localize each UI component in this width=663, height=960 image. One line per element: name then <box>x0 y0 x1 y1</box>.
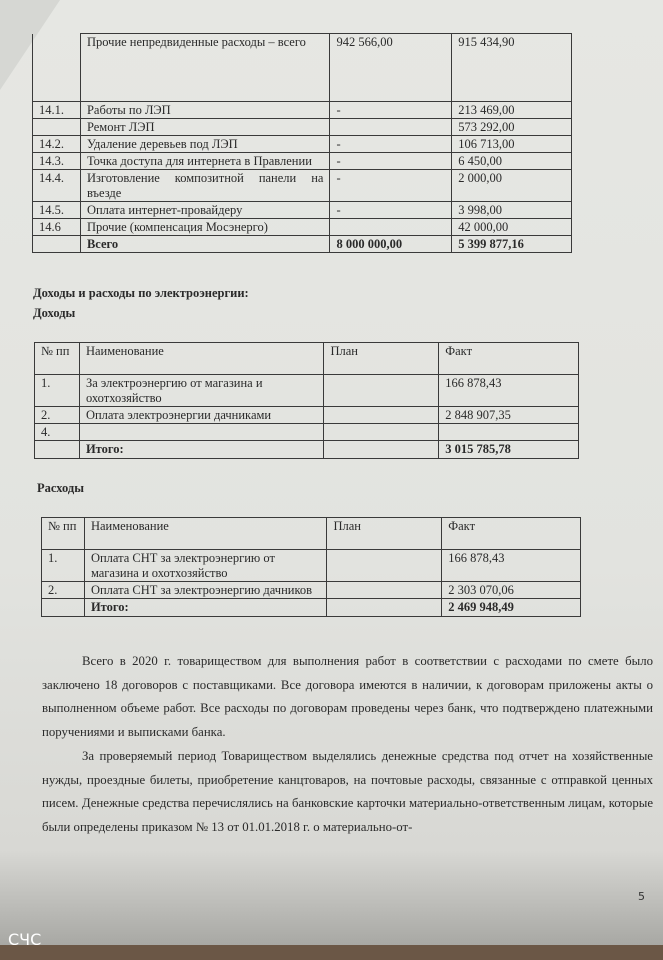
income-heading: Доходы <box>33 306 75 321</box>
table-row: Прочие непредвиденные расходы – всего 94… <box>33 34 572 102</box>
table-header-row: № пп Наименование План Факт <box>35 343 579 375</box>
expenses-heading: Расходы <box>37 481 84 496</box>
electricity-heading: Доходы и расходы по электроэнергии: <box>33 286 249 301</box>
table-row: Ремонт ЛЭП573 292,00 <box>33 119 572 136</box>
expenses-table: № пп Наименование План Факт 1.Оплата СНТ… <box>41 517 581 617</box>
table-row: 1.Оплата СНТ за электроэнергию от магази… <box>42 550 581 582</box>
table-row: 14.1.Работы по ЛЭП-213 469,00 <box>33 102 572 119</box>
page-number: 5 <box>638 890 645 903</box>
table-total-row: Всего 8 000 000,00 5 399 877,16 <box>33 236 572 253</box>
table-total-row: Итого: 2 469 948,49 <box>42 599 581 617</box>
table-row: 14.4.Изготовление композитной панели на … <box>33 170 572 202</box>
income-table: № пп Наименование План Факт 1.За электро… <box>34 342 579 459</box>
table-row: 1.За электроэнергию от магазина и охотхо… <box>35 375 579 407</box>
accountable-funds-paragraph: За проверяемый период Товариществом выде… <box>42 745 653 839</box>
budget-table: Прочие непредвиденные расходы – всего 94… <box>32 33 572 253</box>
table-row: 2.Оплата электроэнергии дачниками2 848 9… <box>35 407 579 424</box>
document-page: Прочие непредвиденные расходы – всего 94… <box>0 0 663 945</box>
table-row: 14.6Прочие (компенсация Мосэнерго)42 000… <box>33 219 572 236</box>
table-row: 2.Оплата СНТ за электроэнергию дачников2… <box>42 582 581 599</box>
table-header-row: № пп Наименование План Факт <box>42 518 581 550</box>
table-row: 14.5.Оплата интернет-провайдеру-3 998,00 <box>33 202 572 219</box>
watermark: СЧС <box>8 930 41 949</box>
contracts-paragraph: Всего в 2020 г. товариществом для выполн… <box>42 650 653 744</box>
table-total-row: Итого: 3 015 785,78 <box>35 441 579 459</box>
table-row: 14.3.Точка доступа для интернета в Правл… <box>33 153 572 170</box>
table-row: 4. <box>35 424 579 441</box>
table-row: 14.2.Удаление деревьев под ЛЭП-106 713,0… <box>33 136 572 153</box>
